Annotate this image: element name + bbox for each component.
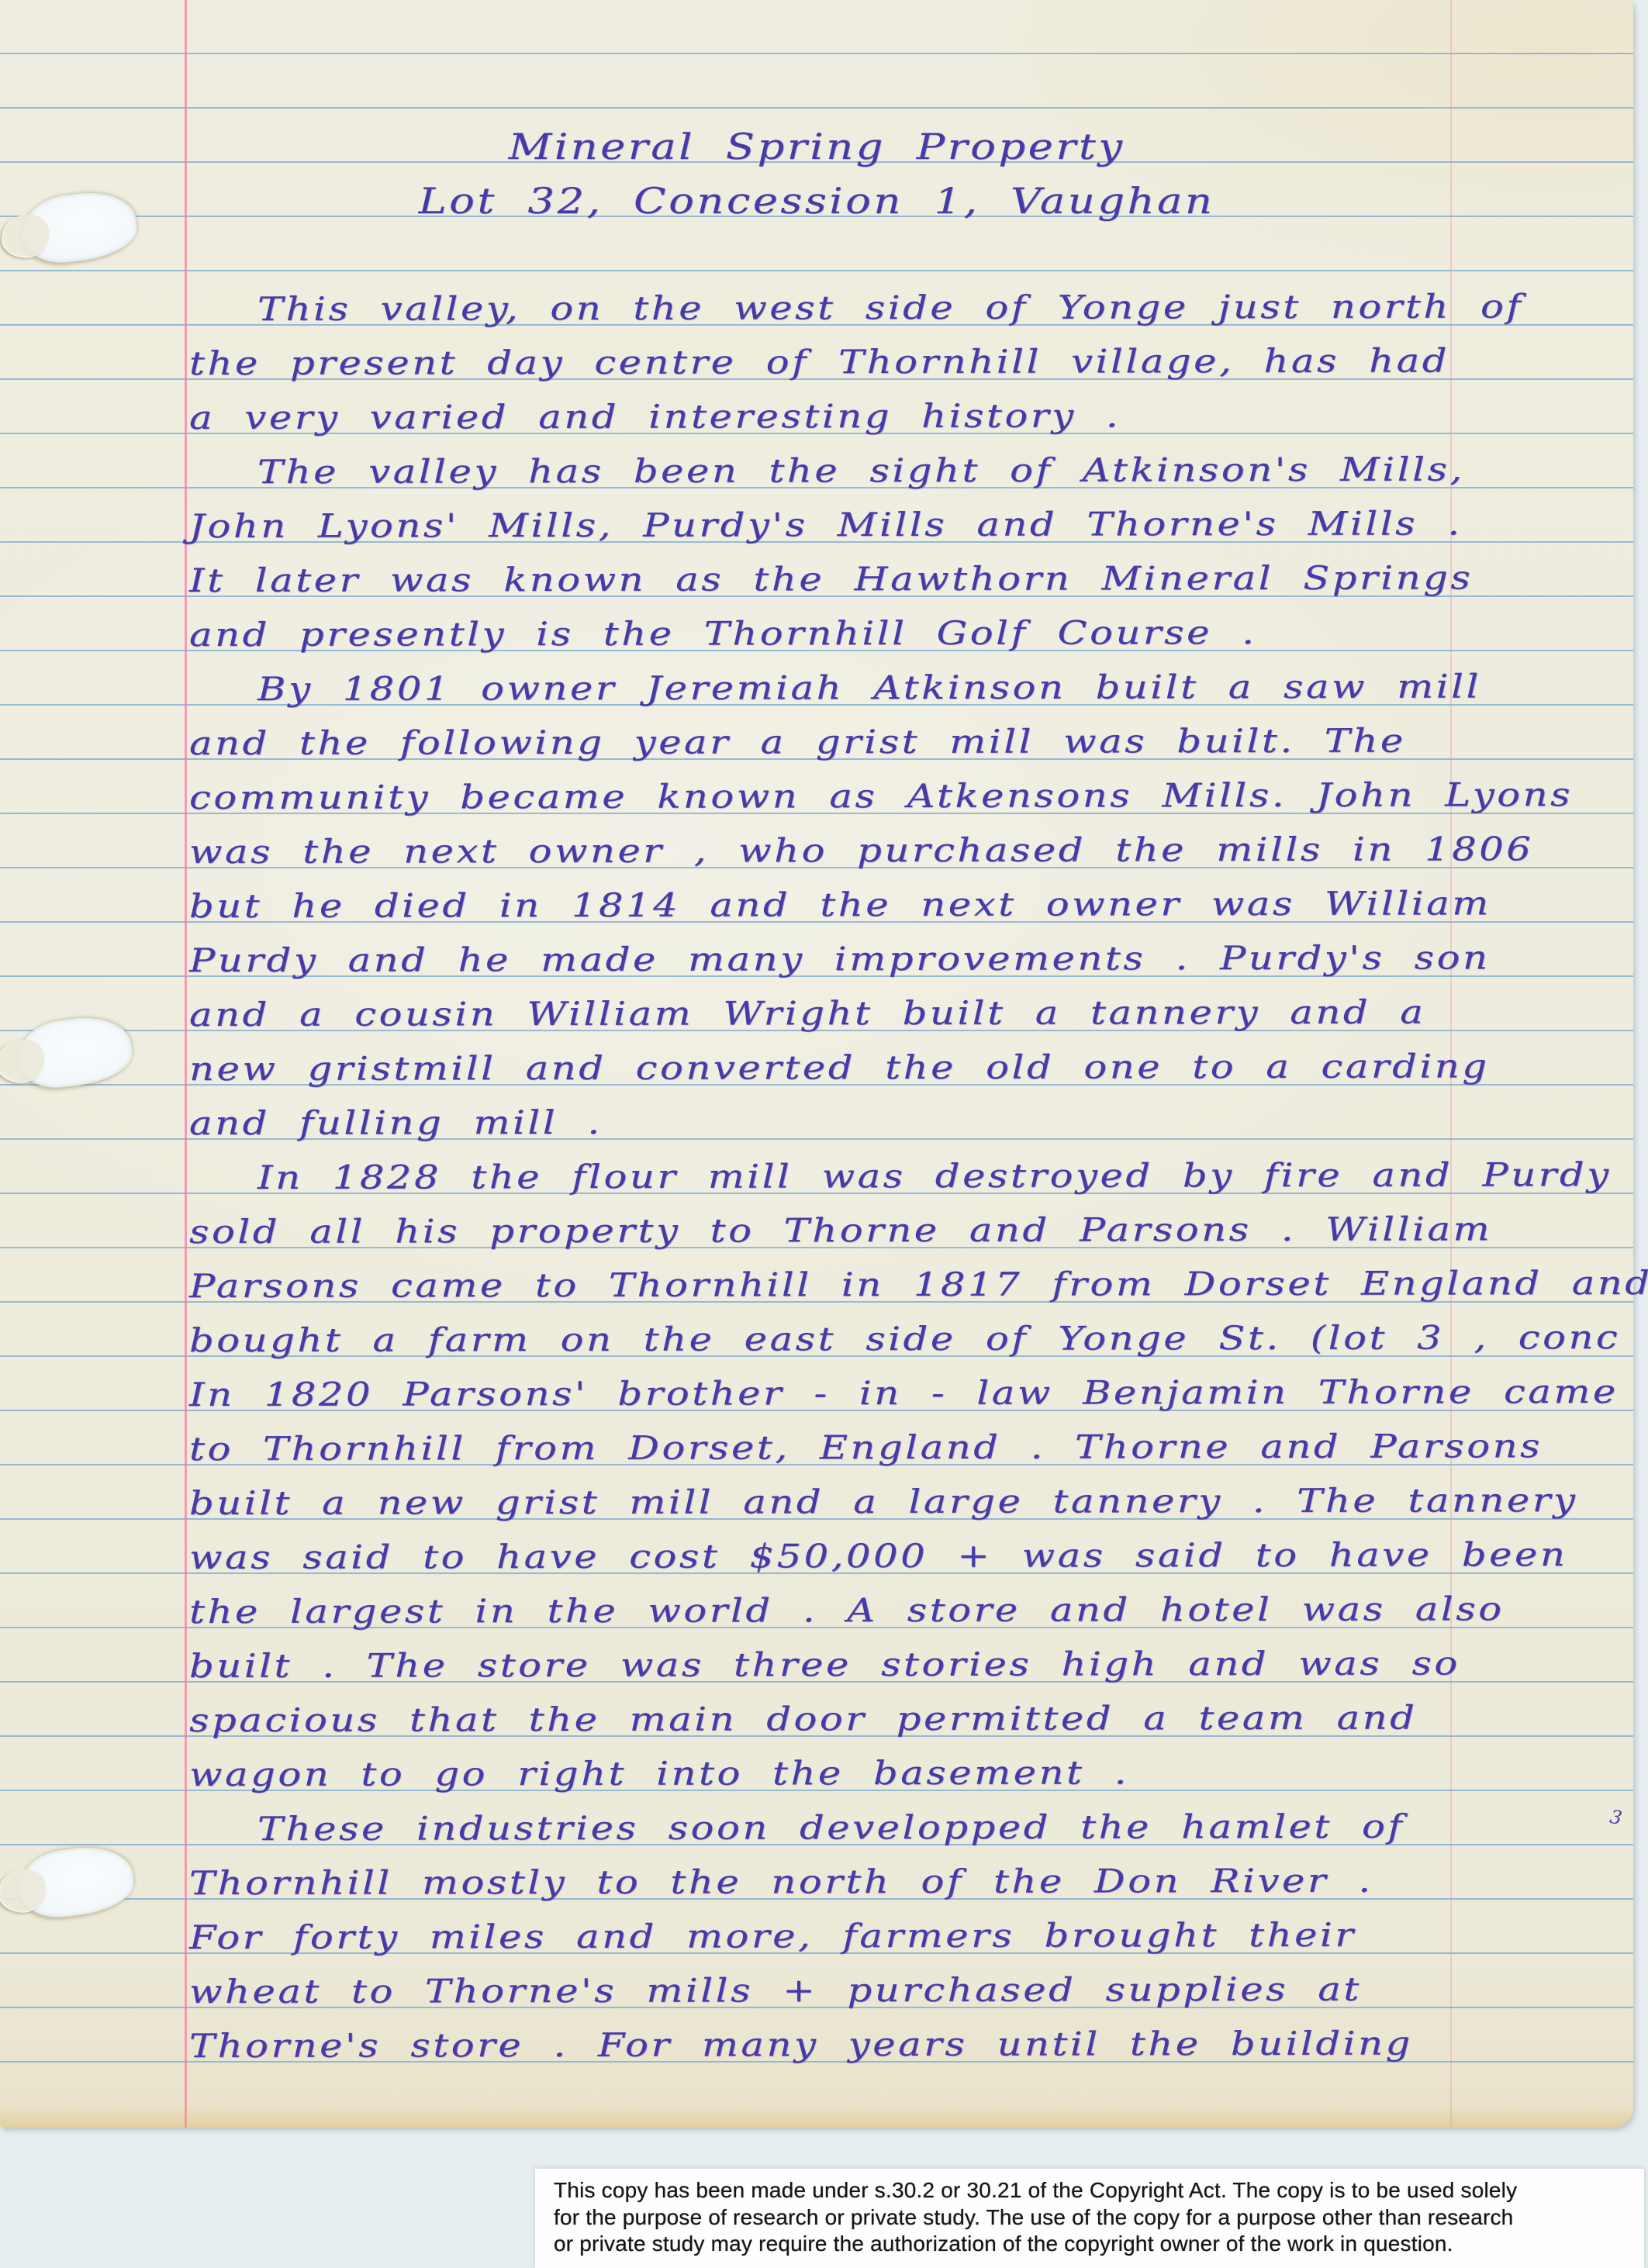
handwritten-line: community became known as Atkensons Mill… [189,775,1573,818]
handwritten-line: By 1801 owner Jeremiah Atkinson built a … [257,666,1481,709]
handwritten-line: In 1820 Parsons' brother - in - law Benj… [189,1372,1619,1415]
handwritten-line: Thornhill mostly to the north of the Don… [189,1861,1373,1904]
handwritten-line: a very varied and interesting history . [189,395,1121,438]
handwritten-line: This valley, on the west side of Yonge j… [257,286,1523,330]
handwritten-line: Parsons came to Thornhill in 1817 from D… [189,1263,1648,1307]
handwritten-line: It later was known as the Hawthorn Miner… [189,558,1473,601]
handwritten-line: built a new grist mill and a large tanne… [189,1480,1578,1524]
copyright-notice: This copy has been made under s.30.2 or … [535,2169,1644,2268]
copyright-notice-line: or private study may require the authori… [554,2231,1644,2258]
title-line: Mineral Spring Property [0,126,1648,167]
handwritten-line: but he died in 1814 and the next owner w… [189,883,1491,927]
left-margin-line [185,0,187,2128]
handwritten-line: the largest in the world . A store and h… [189,1589,1505,1632]
handwritten-line: bought a farm on the east side of Yonge … [189,1317,1648,1361]
handwritten-line: and fulling mill . [189,1103,603,1144]
handwritten-line: In 1828 the flour mill was destroyed by … [257,1155,1612,1198]
copyright-notice-line: for the purpose of research or private s… [554,2204,1644,2232]
handwritten-line: and the following year a grist mill was … [189,721,1406,764]
notebook-page: Mineral Spring PropertyLot 32, Concessio… [0,0,1633,2128]
handwritten-line: For forty miles and more, farmers brough… [189,1915,1356,1958]
title-line: Lot 32, Concession 1, Vaughan [0,181,1648,221]
handwritten-line: Purdy and he made many improvements . Pu… [189,937,1491,981]
handwritten-line: wagon to go right into the basement . [189,1752,1129,1795]
handwritten-line: was said to have cost $50,000 + was said… [189,1534,1567,1578]
handwritten-line: new gristmill and converted the old one … [189,1046,1490,1089]
copyright-notice-line: This copy has been made under s.30.2 or … [554,2177,1644,2204]
handwritten-line: Thorne's store . For many years until th… [189,2023,1413,2066]
handwritten-line: to Thornhill from Dorset, England . Thor… [189,1426,1543,1469]
handwritten-line: and a cousin William Wright built a tann… [189,992,1425,1035]
handwritten-line: These industries soon developped the ham… [257,1807,1404,1849]
handwritten-line: the present day centre of Thornhill vill… [189,340,1449,384]
handwritten-line: spacious that the main door permitted a … [189,1697,1418,1741]
handwritten-line: sold all his property to Thorne and Pars… [189,1209,1492,1252]
handwritten-line: wheat to Thorne's mills + purchased supp… [189,1969,1362,2012]
scanner-background: Mineral Spring PropertyLot 32, Concessio… [0,0,1648,2268]
handwritten-line: The valley has been the sight of Atkinso… [257,450,1465,492]
handwritten-line: John Lyons' Mills, Purdy's Mills and Tho… [189,503,1463,547]
handwritten-line: and presently is the Thornhill Golf Cour… [189,613,1257,655]
handwritten-line: built . The store was three stories high… [189,1643,1460,1686]
handwritten-line: was the next owner , who purchased the m… [189,829,1533,872]
